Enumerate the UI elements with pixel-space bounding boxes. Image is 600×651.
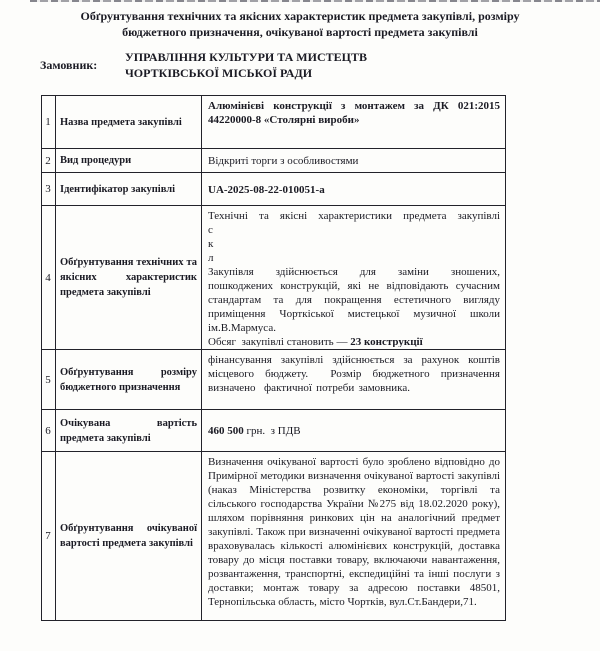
row-number: 3 bbox=[42, 173, 56, 206]
cropped-text-artifact bbox=[30, 0, 600, 2]
row-value-budget-justification: фінансування закупівлі здійснюється за р… bbox=[202, 350, 506, 410]
customer-name-line2: ЧОРТКІВСЬКОЇ МІСЬКОЇ РАДИ bbox=[125, 65, 367, 81]
row-number: 4 bbox=[42, 206, 56, 350]
row-number: 1 bbox=[42, 96, 56, 149]
volume-prefix: Обсяг закупівлі становить — bbox=[208, 336, 350, 347]
row-label: Ідентифікатор закупівлі bbox=[56, 173, 202, 206]
table-row-2: 2 Вид процедури Відкриті торги з особлив… bbox=[42, 149, 506, 173]
page-title-line2: бюджетного призначення, очікуваної варто… bbox=[40, 24, 560, 40]
row-number: 7 bbox=[42, 452, 56, 621]
volume-quantity: 23 конструкції bbox=[350, 336, 422, 347]
customer-block: Замовник: УПРАВЛІННЯ КУЛЬТУРИ ТА МИСТЕЦТ… bbox=[40, 49, 600, 81]
row-number: 5 bbox=[42, 350, 56, 410]
row-label: Очікувана вартість предмета закупівлі bbox=[56, 410, 202, 452]
row-value-procurement-name: Алюмінієві конструкції з монтажем за ДК … bbox=[202, 96, 506, 149]
row-value-procedure-type: Відкриті торги з особливостями bbox=[202, 149, 506, 173]
row-label: Обґрунтування розміру бюджетного признач… bbox=[56, 350, 202, 410]
fragment-line: с bbox=[208, 223, 500, 237]
fragment-line: л bbox=[208, 251, 500, 265]
expected-cost-suffix: грн. з ПДВ bbox=[244, 425, 301, 437]
table-row-7: 7 Обґрунтування очікуваної вартості пред… bbox=[42, 452, 506, 621]
row-value-cost-justification: Визначення очікуваної вартості було зроб… bbox=[202, 452, 506, 621]
procurement-table: 1 Назва предмета закупівлі Алюмінієві ко… bbox=[41, 95, 506, 621]
fragment-line: к bbox=[208, 237, 500, 251]
expected-cost-amount: 460 500 bbox=[208, 425, 244, 437]
page-title: Обґрунтування технічних та якісних харак… bbox=[40, 8, 560, 40]
volume-line: Обсяг закупівлі становить — 23 конструкц… bbox=[208, 335, 500, 347]
row-number: 2 bbox=[42, 149, 56, 173]
customer-label: Замовник: bbox=[40, 58, 125, 73]
row-value-procurement-id: UA-2025-08-22-010051-a bbox=[202, 173, 506, 206]
row-number: 6 bbox=[42, 410, 56, 452]
document-page: { "header": { "title_line1": "Обґрунтува… bbox=[0, 0, 600, 651]
table-row-6: 6 Очікувана вартість предмета закупівлі … bbox=[42, 410, 506, 452]
tech-paragraph: Закупівля здійснюється для заміни зношен… bbox=[208, 265, 500, 335]
table-row-1: 1 Назва предмета закупівлі Алюмінієві ко… bbox=[42, 96, 506, 149]
customer-name: УПРАВЛІННЯ КУЛЬТУРИ ТА МИСТЕЦТВ ЧОРТКІВС… bbox=[125, 49, 367, 81]
customer-name-line1: УПРАВЛІННЯ КУЛЬТУРИ ТА МИСТЕЦТВ bbox=[125, 49, 367, 65]
page-title-line1: Обґрунтування технічних та якісних харак… bbox=[40, 8, 560, 24]
row-label: Обґрунтування очікуваної вартості предме… bbox=[56, 452, 202, 621]
row-value-expected-cost: 460 500 грн. з ПДВ bbox=[202, 410, 506, 452]
tech-intro-line: Технічні та якісні характеристики предме… bbox=[208, 209, 500, 223]
row-label: Назва предмета закупівлі bbox=[56, 96, 202, 149]
row-label: Вид процедури bbox=[56, 149, 202, 173]
table-row-3: 3 Ідентифікатор закупівлі UA-2025-08-22-… bbox=[42, 173, 506, 206]
row-value-technical-justification: Технічні та якісні характеристики предме… bbox=[202, 206, 506, 350]
row-label: Обґрунтування технічних та якісних харак… bbox=[56, 206, 202, 350]
table-row-4: 4 Обґрунтування технічних та якісних хар… bbox=[42, 206, 506, 350]
table-row-5: 5 Обґрунтування розміру бюджетного призн… bbox=[42, 350, 506, 410]
